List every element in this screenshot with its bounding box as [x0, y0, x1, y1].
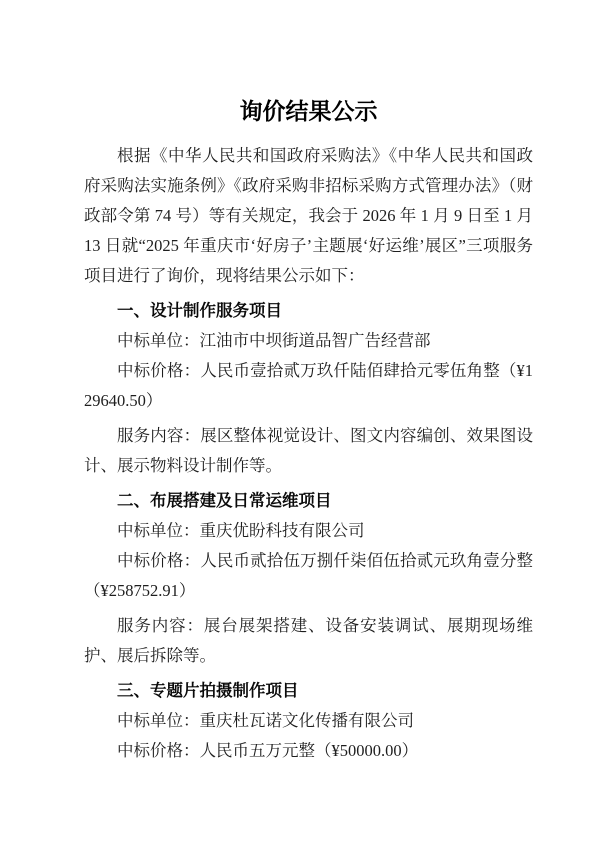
page-title: 询价结果公示 — [84, 96, 533, 128]
section-2-service-line: 服务内容：展台展架搭建、设备安装调试、展期现场维护、展后拆除等。 — [84, 611, 533, 671]
section-3-heading: 三、专题片拍摄制作项目 — [84, 676, 533, 706]
section-2-heading: 二、布展搭建及日常运维项目 — [84, 486, 533, 516]
section-3-price-line: 中标价格：人民币五万元整（¥50000.00） — [84, 736, 533, 766]
section-1-heading: 一、设计制作服务项目 — [84, 296, 533, 326]
section-1-price-line: 中标价格：人民币壹拾贰万玖仟陆佰肆拾元零伍角整（¥129640.50） — [84, 356, 533, 416]
section-1-winner-line: 中标单位：江油市中坝街道品智广告经营部 — [84, 326, 533, 356]
intro-paragraph: 根据《中华人民共和国政府采购法》《中华人民共和国政府采购法实施条例》《政府采购非… — [84, 141, 533, 291]
announcement-page: 询价结果公示 根据《中华人民共和国政府采购法》《中华人民共和国政府采购法实施条例… — [0, 0, 600, 849]
section-1-service-line: 服务内容：展区整体视觉设计、图文内容编创、效果图设计、展示物料设计制作等。 — [84, 421, 533, 481]
section-2-price-line: 中标价格：人民币贰拾伍万捌仟柒佰伍拾贰元玖角壹分整（¥258752.91） — [84, 546, 533, 606]
section-2-winner-line: 中标单位：重庆优盼科技有限公司 — [84, 516, 533, 546]
section-3-winner-line: 中标单位：重庆杜瓦诺文化传播有限公司 — [84, 706, 533, 736]
